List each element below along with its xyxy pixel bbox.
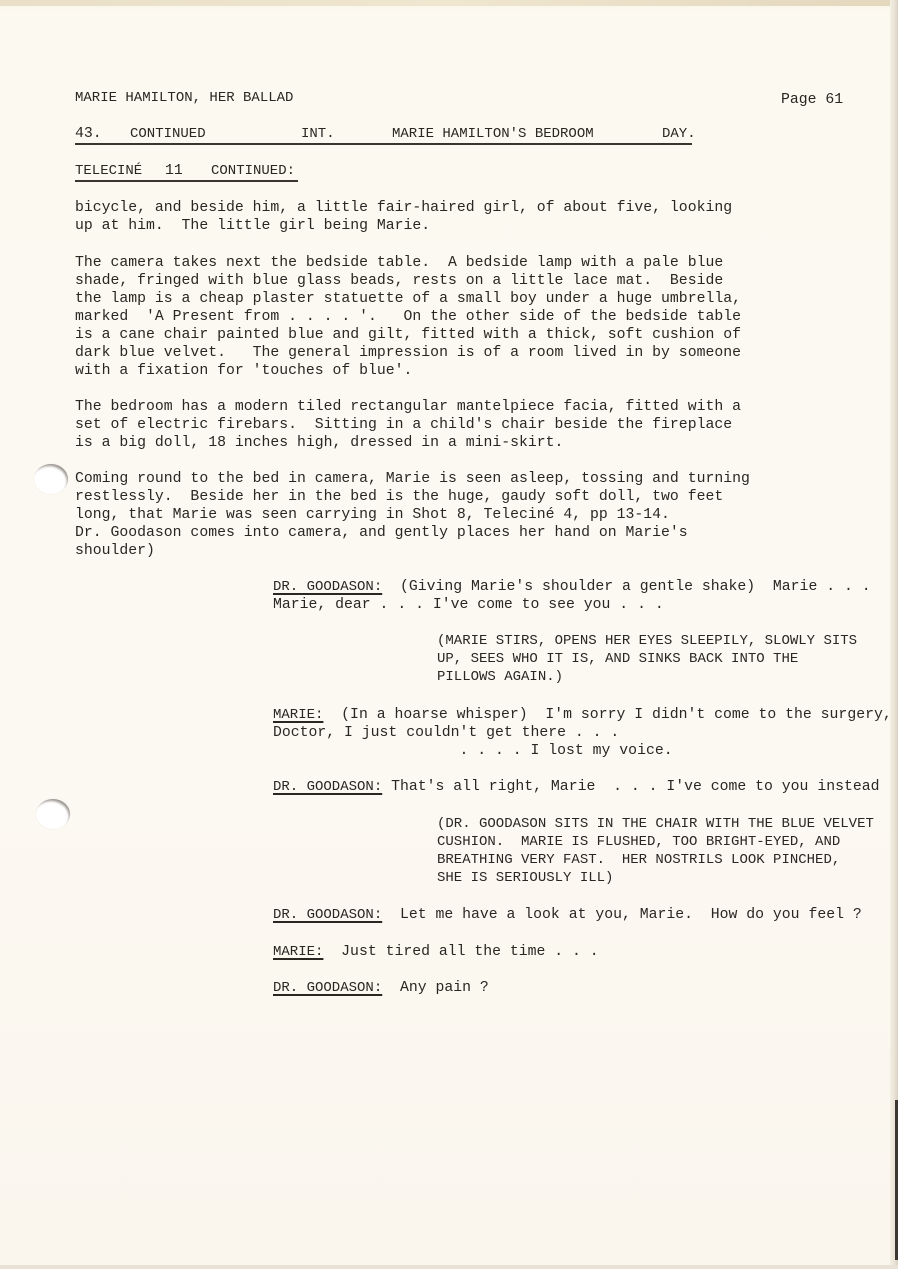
stage-direction-line: UP, SEES WHO IT IS, AND SINKS BACK INTO … bbox=[437, 650, 798, 668]
dialogue-text: (Giving Marie's shoulder a gentle shake)… bbox=[382, 579, 870, 595]
speaker-name: DR. GOODASON: bbox=[273, 579, 382, 595]
telecine-number: 11 bbox=[165, 162, 183, 180]
stage-direction-line: CUSHION. MARIE IS FLUSHED, TOO BRIGHT-EY… bbox=[437, 833, 840, 851]
scene-number: 43. bbox=[75, 125, 102, 143]
action-line: restlessly. Beside her in the bed is the… bbox=[75, 488, 723, 506]
scene-heading-underline bbox=[75, 143, 692, 145]
page-right-edge bbox=[890, 0, 898, 1269]
telecine-heading-underline bbox=[75, 180, 298, 182]
action-line: up at him. The little girl being Marie. bbox=[75, 217, 430, 235]
dialogue-text: Any pain ? bbox=[382, 980, 489, 996]
dialogue-line: DR. GOODASON: (Giving Marie's shoulder a… bbox=[273, 578, 871, 596]
dialogue-text: Just tired all the time . . . bbox=[323, 944, 598, 960]
action-line: with a fixation for 'touches of blue'. bbox=[75, 362, 412, 380]
typescript-page: MARIE HAMILTON, HER BALLAD Page 61 43. C… bbox=[0, 0, 898, 1269]
scene-location: MARIE HAMILTON'S BEDROOM bbox=[392, 125, 594, 143]
action-line: shoulder) bbox=[75, 542, 155, 560]
stage-direction-line: BREATHING VERY FAST. HER NOSTRILS LOOK P… bbox=[437, 851, 840, 869]
action-line: set of electric firebars. Sitting in a c… bbox=[75, 416, 732, 434]
dialogue-line: MARIE: Just tired all the time . . . bbox=[273, 943, 599, 961]
action-line: The camera takes next the bedside table.… bbox=[75, 254, 723, 272]
speaker-name: DR. GOODASON: bbox=[273, 779, 382, 795]
dialogue-text: That's all right, Marie . . . I've come … bbox=[382, 779, 879, 795]
scene-status: CONTINUED bbox=[130, 125, 206, 143]
action-line: is a cane chair painted blue and gilt, f… bbox=[75, 326, 741, 344]
stage-direction-line: SHE IS SERIOUSLY ILL) bbox=[437, 869, 613, 887]
stage-direction-line: (MARIE STIRS, OPENS HER EYES SLEEPILY, S… bbox=[437, 632, 857, 650]
scene-time: DAY. bbox=[662, 125, 696, 143]
action-line: Dr. Goodason comes into camera, and gent… bbox=[75, 524, 688, 542]
scene-int-ext: INT. bbox=[301, 125, 335, 143]
dialogue-line: MARIE: (In a hoarse whisper) I'm sorry I… bbox=[273, 706, 892, 724]
action-line: Coming round to the bed in camera, Marie… bbox=[75, 470, 750, 488]
dialogue-line: . . . . I lost my voice. bbox=[273, 742, 673, 760]
telecine-label: TELECINÉ bbox=[75, 162, 142, 180]
speaker-name: DR. GOODASON: bbox=[273, 907, 382, 923]
dialogue-text: Let me have a look at you, Marie. How do… bbox=[382, 907, 862, 923]
speaker-name: MARIE: bbox=[273, 944, 323, 960]
action-line: The bedroom has a modern tiled rectangul… bbox=[75, 398, 741, 416]
telecine-status: CONTINUED: bbox=[211, 162, 295, 180]
dialogue-line: Marie, dear . . . I've come to see you .… bbox=[273, 596, 664, 614]
stage-direction-line: PILLOWS AGAIN.) bbox=[437, 668, 563, 686]
punch-hole-icon bbox=[36, 799, 70, 829]
action-line: long, that Marie was seen carrying in Sh… bbox=[75, 506, 670, 524]
action-line: bicycle, and beside him, a little fair-h… bbox=[75, 199, 732, 217]
running-title: MARIE HAMILTON, HER BALLAD bbox=[75, 89, 293, 107]
action-line: is a big doll, 18 inches high, dressed i… bbox=[75, 434, 563, 452]
dialogue-line: DR. GOODASON: That's all right, Marie . … bbox=[273, 778, 879, 796]
page-top-edge bbox=[0, 0, 898, 6]
dialogue-line: DR. GOODASON: Let me have a look at you,… bbox=[273, 906, 862, 924]
dialogue-text: (In a hoarse whisper) I'm sorry I didn't… bbox=[323, 707, 891, 723]
dialogue-line: DR. GOODASON: Any pain ? bbox=[273, 979, 489, 997]
punch-hole-icon bbox=[34, 464, 68, 494]
page-bottom-edge bbox=[0, 1265, 898, 1269]
action-line: shade, fringed with blue glass beads, re… bbox=[75, 272, 723, 290]
page-number: Page 61 bbox=[781, 91, 843, 109]
action-line: dark blue velvet. The general impression… bbox=[75, 344, 741, 362]
dialogue-line: Doctor, I just couldn't get there . . . bbox=[273, 724, 619, 742]
speaker-name: DR. GOODASON: bbox=[273, 980, 382, 996]
stage-direction-line: (DR. GOODASON SITS IN THE CHAIR WITH THE… bbox=[437, 815, 874, 833]
action-line: the lamp is a cheap plaster statuette of… bbox=[75, 290, 741, 308]
speaker-name: MARIE: bbox=[273, 707, 323, 723]
action-line: marked 'A Present from . . . . '. On the… bbox=[75, 308, 741, 326]
